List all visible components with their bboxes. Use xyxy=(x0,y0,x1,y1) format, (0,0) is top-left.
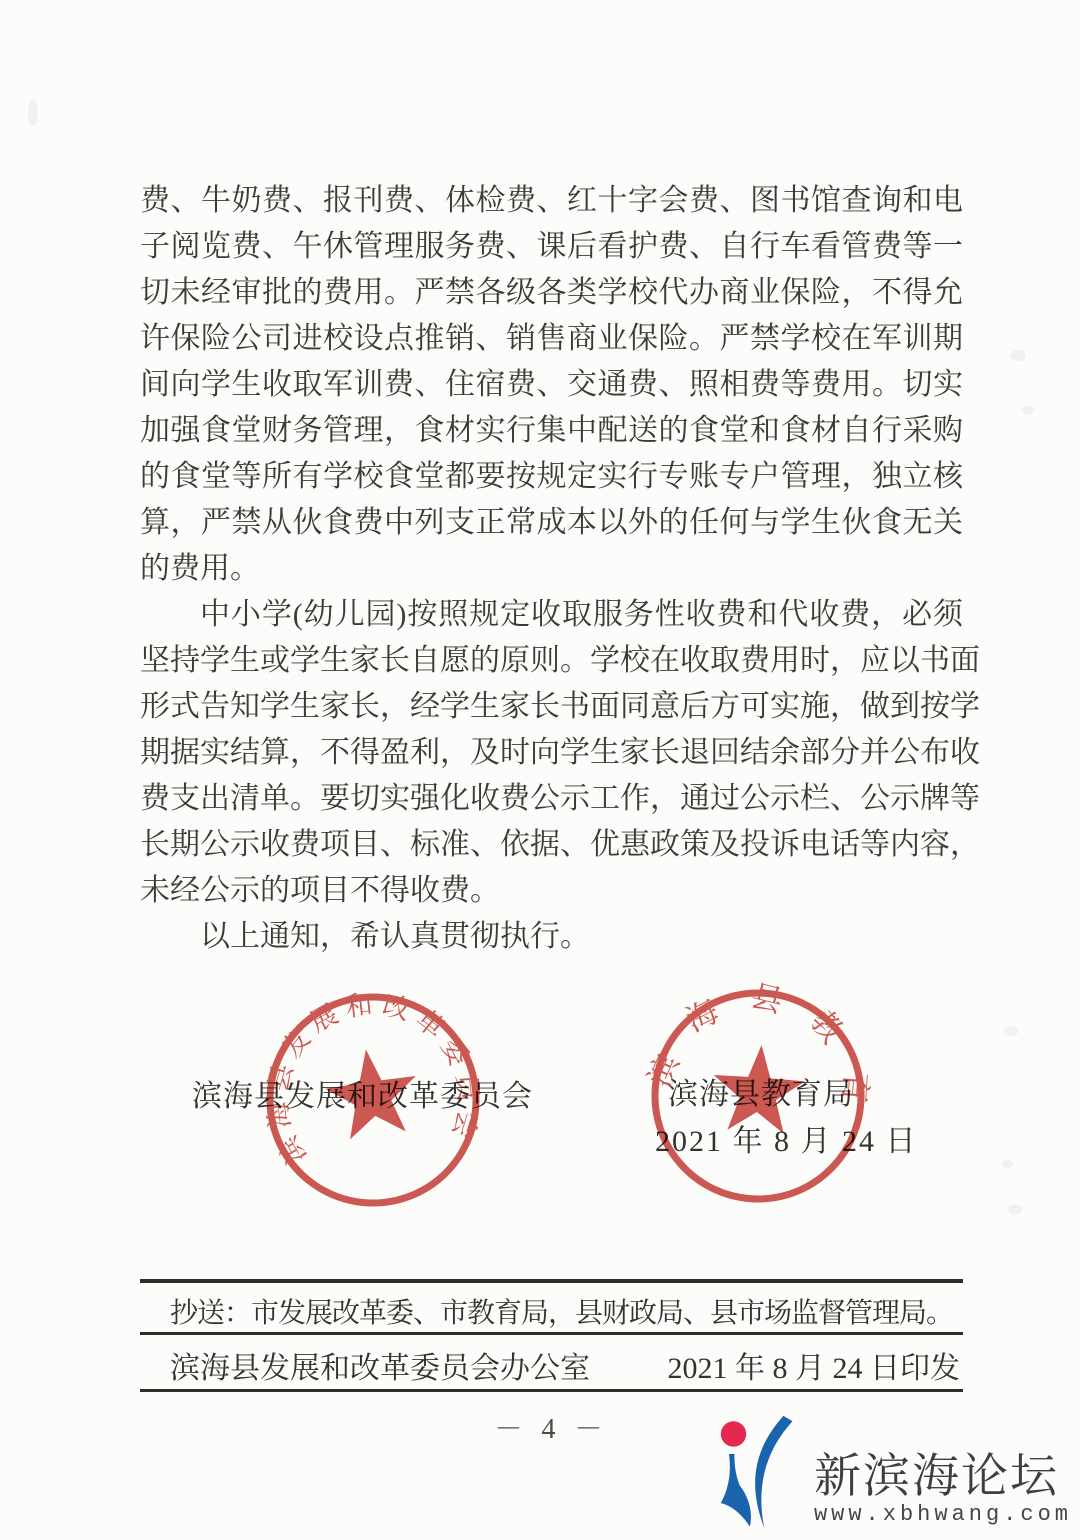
watermark-logo: 新滨海论坛 www.xbhwang.com xyxy=(708,1414,1072,1532)
footer-divider-middle xyxy=(140,1332,963,1335)
body-line: 的食堂等所有学校食堂都要按规定实行专账专户管理，独立核 xyxy=(140,454,963,500)
scanned-document-page: 费、牛奶费、报刊费、体检费、红十字会费、图书馆查询和电子阅览费、午休管理服务费、… xyxy=(0,0,1080,1540)
scan-smudge xyxy=(1008,1204,1022,1215)
body-line: 中小学(幼儿园)按照规定收取服务性收费和代收费，必须 xyxy=(140,592,963,638)
body-line: 坚持学生或学生家长自愿的原则。学校在收取费用时，应以书面 xyxy=(140,638,963,684)
footer-issuer-row: 滨海县发展和改革委员会办公室 2021 年 8 月 24 日印发 xyxy=(170,1343,960,1387)
logo-right-swoosh xyxy=(755,1416,792,1529)
body-line: 许保险公司进校设点推销、销售商业保险。严禁学校在军训期 xyxy=(140,316,963,362)
logo-dot xyxy=(721,1421,746,1446)
body-line: 的费用。 xyxy=(140,546,963,592)
body-text: 费、牛奶费、报刊费、体检费、红十字会费、图书馆查询和电子阅览费、午休管理服务费、… xyxy=(140,178,963,960)
body-line: 子阅览费、午休管理服务费、课后看护费、自行车看管费等一 xyxy=(140,224,963,270)
logo-left-stroke xyxy=(721,1454,751,1527)
body-line: 长期公示收费项目、标准、依据、优惠政策及投诉电话等内容， xyxy=(140,822,963,868)
left-official-seal: 滨海县发展和改革委员会 xyxy=(243,970,503,1230)
body-line: 算，严禁从伙食费中列支正常成本以外的任何与学生伙食无关 xyxy=(140,500,963,546)
body-line: 费支出清单。要切实强化收费公示工作，通过公示栏、公示牌等 xyxy=(140,776,963,822)
body-line: 间向学生收取军训费、住宿费、交通费、照相费等费用。切实 xyxy=(140,362,963,408)
scan-smudge xyxy=(28,100,38,126)
star-icon xyxy=(321,1043,424,1142)
body-line: 以上通知，希认真贯彻执行。 xyxy=(140,914,963,960)
forum-logo-icon xyxy=(708,1414,808,1532)
scan-smudge xyxy=(1022,406,1034,415)
star-icon xyxy=(710,1042,807,1135)
scan-smudge xyxy=(1004,1026,1018,1036)
footer-divider-bottom xyxy=(140,1389,963,1392)
scan-smudge xyxy=(1010,350,1026,361)
footer-print-date: 2021 年 8 月 24 日印发 xyxy=(668,1343,961,1387)
body-line: 费、牛奶费、报刊费、体检费、红十字会费、图书馆查询和电 xyxy=(140,178,963,224)
footer-divider-top xyxy=(140,1279,963,1283)
watermark-site-name: 新滨海论坛 xyxy=(814,1450,1059,1502)
body-line: 形式告知学生家长，经学生家长书面同意后方可实施，做到按学 xyxy=(140,684,963,730)
watermark-site-url: www.xbhwang.com xyxy=(814,1502,1072,1528)
footer-cc-line: 抄送：市发展改革委、市教育局，县财政局、县市场监督管理局。 xyxy=(170,1291,965,1331)
right-official-seal: 滨海县教育局 xyxy=(635,973,880,1218)
scan-smudge xyxy=(1002,1160,1013,1169)
body-line: 切未经审批的费用。严禁各级各类学校代办商业保险，不得允 xyxy=(140,270,963,316)
footer-issuer: 滨海县发展和改革委员会办公室 xyxy=(170,1343,590,1387)
body-line: 未经公示的项目不得收费。 xyxy=(140,868,963,914)
body-line: 期据实结算，不得盈利，及时向学生家长退回结余部分并公布收 xyxy=(140,730,963,776)
body-line: 加强食堂财务管理，食材实行集中配送的食堂和食材自行采购 xyxy=(140,408,963,454)
